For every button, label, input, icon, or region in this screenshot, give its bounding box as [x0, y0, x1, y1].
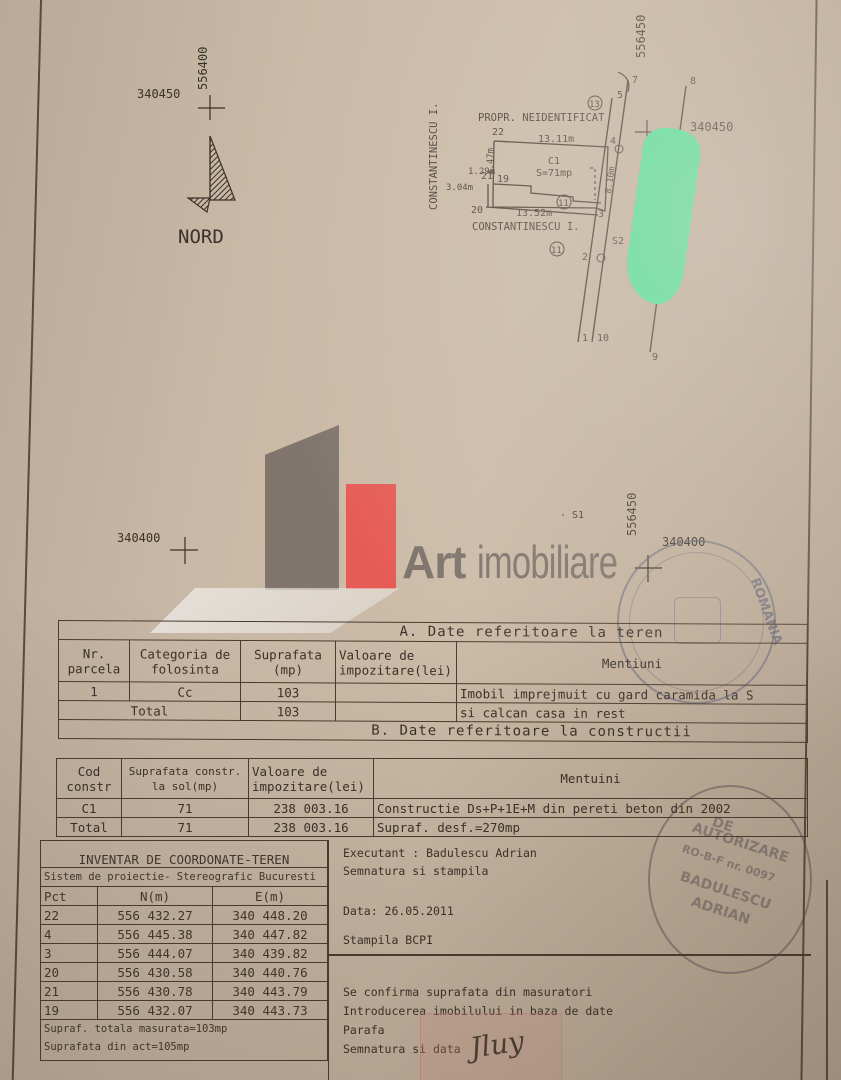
grid-n-label: 556400	[196, 47, 210, 90]
neighbor-left-label: CONSTANTINESCU I.	[428, 103, 440, 210]
dimension-label: 8.10m	[604, 166, 618, 194]
north-arrow-icon	[188, 136, 235, 212]
confirm-line: Se confirma suprafata din masuratori	[343, 985, 592, 999]
land-data-table: A. Date referitoare la teren Nr. parcela…	[58, 620, 808, 743]
building-code: C1	[548, 156, 560, 167]
table-row: 19556 432.07340 443.73	[41, 1001, 328, 1020]
col-header: Suprafata (mp)	[241, 640, 336, 682]
dimension-label: 13.11m	[538, 134, 574, 145]
table-row: 22556 432.27340 448.20	[41, 906, 328, 925]
logo-light-text: imobiliare	[477, 535, 617, 589]
dimension-label: 3.04m	[446, 183, 473, 193]
grid-e-label: 340450	[690, 120, 733, 134]
cadastral-plan: 340450 556400 NORD 556450 340450 PROPR. …	[0, 0, 841, 620]
point-label: 19	[497, 174, 509, 185]
deed-area-note: Suprafata din act=105mp	[44, 1038, 324, 1056]
svg-text:11: 11	[558, 199, 569, 209]
svg-text:13: 13	[589, 100, 600, 110]
point-label: 5	[617, 90, 623, 101]
coordinates-inventory-table: INVENTAR DE COORDONATE-TEREN Sistem de p…	[40, 840, 328, 1061]
col-header: E(m)	[212, 887, 327, 906]
point-label: 8	[690, 76, 696, 87]
col-header: N(m)	[98, 887, 213, 906]
executant-signature-label: Semnatura si stampila	[343, 864, 488, 878]
neighbor-top-label: PROPR. NEIDENTIFICAT	[478, 112, 605, 124]
point-label: 3	[598, 209, 604, 220]
col-header: Valoare de impozitare(lei)	[249, 759, 374, 799]
parafa-label: Parafa	[343, 1023, 385, 1037]
authorization-stamp: DE AUTORIZARE RO-B-F nr. 0097 BADULESCU …	[648, 785, 812, 974]
logo-wordmark: Art imobiliare	[402, 535, 664, 589]
building-area: S=71mp	[536, 168, 572, 179]
point-label: 9	[652, 352, 658, 363]
point-label: 20	[471, 205, 483, 216]
executant-name: Executant : Badulescu Adrian	[343, 846, 537, 860]
point-label: 21	[481, 171, 493, 182]
col-header: Valoare de impozitare(lei)	[336, 641, 457, 684]
point-label: 10	[597, 333, 609, 344]
grid-e-label: 340450	[137, 87, 180, 101]
point-label: 1	[582, 333, 588, 344]
station-label: ·	[560, 510, 566, 521]
grid-n-label: 556450	[625, 493, 639, 536]
inventory-subtitle: Sistem de proiectie- Stereografic Bucure…	[41, 868, 328, 887]
measured-area-note: Supraf. totala masurata=103mp	[44, 1020, 324, 1038]
dimension-label: 13.52m	[516, 208, 552, 219]
logo-red-block	[346, 484, 396, 589]
section-b-title: B. Date referitoare la constructii	[59, 720, 808, 743]
table-row: 21556 430.78340 443.79	[41, 982, 328, 1001]
executant-date: Data: 26.05.2011	[343, 904, 454, 918]
station-label: S1	[572, 510, 584, 521]
grid-cross-top-left: 340450 556400	[137, 47, 225, 120]
point-label: 22	[492, 127, 504, 138]
grid-n-label: 556450	[634, 15, 648, 58]
station-label: S2	[612, 236, 624, 247]
grid-e-label: 340400	[117, 531, 160, 545]
table-row: 20556 430.58340 440.76	[41, 963, 328, 982]
col-header: Mentiuni	[457, 642, 808, 686]
inventory-title: INVENTAR DE COORDONATE-TEREN	[41, 841, 328, 868]
table-row: 4556 445.38340 447.82	[41, 925, 328, 944]
col-header: Pct	[41, 887, 98, 906]
table-row: 3556 444.07340 439.82	[41, 944, 328, 963]
logo-bold-text: Art	[402, 536, 465, 588]
north-label: NORD	[178, 226, 224, 248]
svg-text:11: 11	[551, 246, 562, 256]
col-header: Nr. parcela	[59, 640, 130, 682]
point-label: 7	[632, 75, 638, 86]
col-header: Cod constr	[57, 759, 122, 799]
col-header: Suprafata constr. la sol(mp)	[122, 759, 249, 799]
neighbor-bottom-label: CONSTANTINESCU I.	[472, 221, 579, 233]
sheet-border-right-outer	[826, 880, 828, 1080]
bcpi-stamp-label: Stampila BCPI	[343, 933, 433, 947]
col-header: Categoria de folosinta	[130, 640, 241, 683]
point-label: 2	[582, 252, 588, 263]
point-label: 4	[610, 136, 616, 147]
